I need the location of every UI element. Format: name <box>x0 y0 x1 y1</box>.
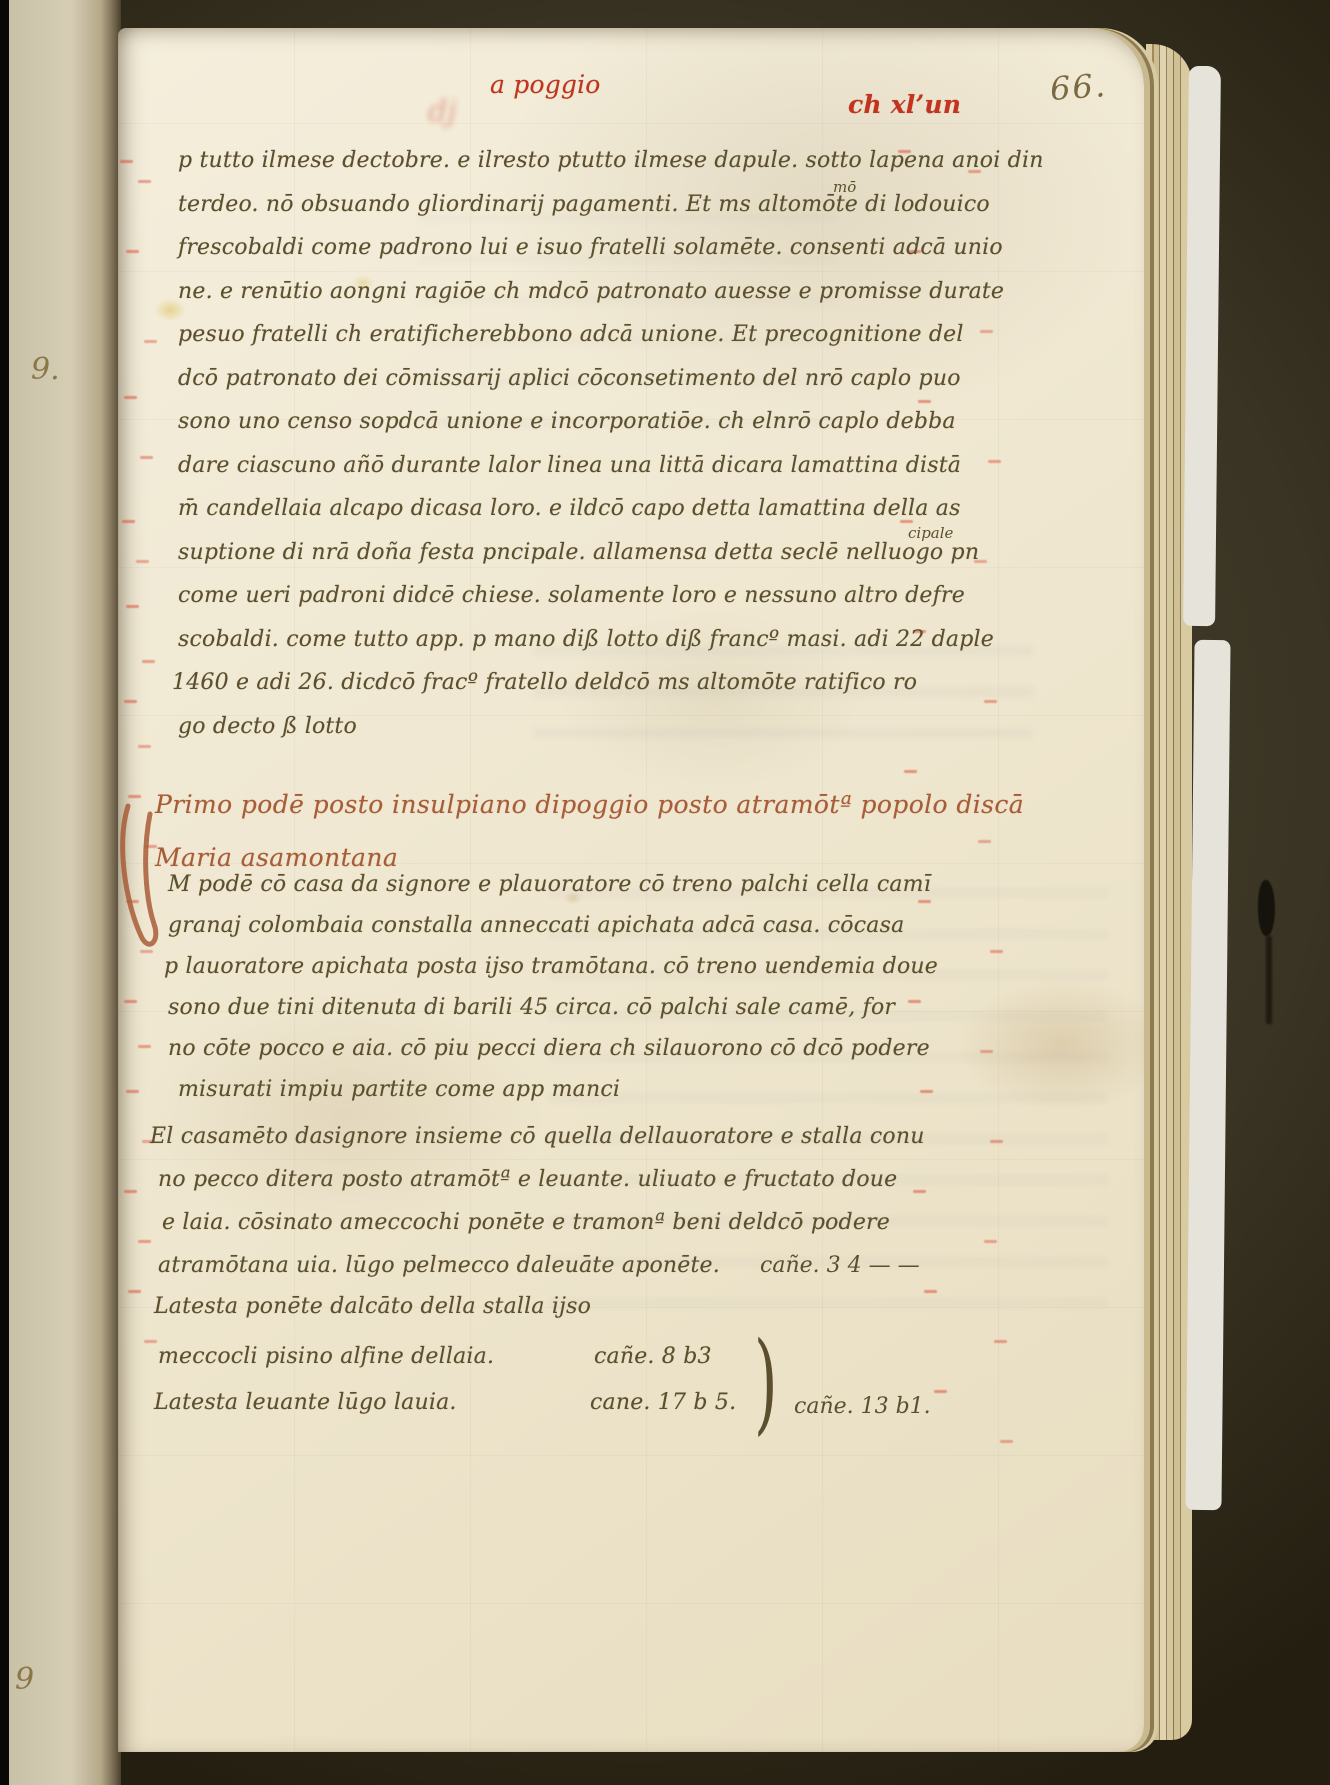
text-line: scobaldi. come tutto app. p mano diß lot… <box>178 627 994 652</box>
ink-blot <box>1258 880 1275 936</box>
folio-number: 66. <box>1049 66 1108 108</box>
margin-mark-lower: 9 <box>15 1662 34 1697</box>
rubric-heading-line: Primo podē posto insulpiano dipoggio pos… <box>155 790 1024 819</box>
text-line: m̄ candellaia alcapo dicasa loro. e ildc… <box>178 496 961 521</box>
text-line: no pecco ditera posto atramōtª e leuante… <box>158 1167 897 1192</box>
text-line: 1460 e adi 26. dicdcō fracº fratello del… <box>172 670 917 695</box>
text-line: misurati impiu partite come app manci <box>178 1077 620 1102</box>
binding-edge <box>0 0 9 1785</box>
manuscript-photo: 9. 9 66. dj a poggio ch xl’un p tutto il… <box>0 0 1330 1785</box>
text-line: ne. e renūtio aongni ragiōe ch mdcō patr… <box>178 279 1004 304</box>
text-line: p lauoratore apichata posta ijso tramōta… <box>164 954 938 979</box>
measurement-label: meccocli pisino alfine dellaia. <box>158 1344 594 1369</box>
measurement-label: Latesta leuante lūgo lauia. <box>154 1390 590 1415</box>
measurement-cane-34: cañe. 3 4 — — <box>760 1253 920 1278</box>
text-line: suptione di nrā doña festa pncipale. all… <box>178 540 979 565</box>
text-line: come ueri padroni didcē chiese. solament… <box>178 583 965 608</box>
ink-blot-tail <box>1266 936 1272 1024</box>
text-line: sono due tini ditenuta di barili 45 circ… <box>168 995 895 1020</box>
text-line: Latesta leuante lūgo lauia.cane. 17 b 5. <box>154 1390 736 1415</box>
superscript-cipale: cipale <box>908 524 953 542</box>
text-line: meccocli pisino alfine dellaia.cañe. 8 b… <box>158 1344 712 1369</box>
text-line: no cōte pocco e aia. cō piu pecci diera … <box>168 1036 930 1061</box>
rubric-folio-right: ch xl’un <box>848 90 961 119</box>
text-line: dare ciascuno añō durante lalor linea un… <box>178 453 961 478</box>
grouping-bracket: ) <box>754 1318 778 1446</box>
measurement-cane-17b5: cane. 17 b 5. <box>590 1390 736 1415</box>
text-line: sono uno censo sopdcā unione e incorpora… <box>178 409 956 434</box>
red-ruling-dashes <box>118 28 131 31</box>
text-line: granaj colombaia constalla anneccati api… <box>168 913 904 938</box>
text-line: pesuo fratelli ch eratificherebbono adcā… <box>178 322 964 347</box>
text-line: frescobaldi come padrono lui e isuo frat… <box>178 235 1003 260</box>
measurement-total: cañe. 13 b1. <box>794 1394 931 1419</box>
initial-v-flourish <box>118 800 164 960</box>
rubric-heading-line: Maria asamontana <box>155 843 398 872</box>
rubric-smudge: dj <box>428 94 658 129</box>
text-line: terdeo. nō obsuando gliordinarij pagamen… <box>178 192 990 217</box>
measurement-cane-8b3: cañe. 8 b3 <box>594 1344 712 1369</box>
facing-page-sliver: 9. 9 <box>9 0 121 1785</box>
superscript-mo: mō <box>833 178 856 196</box>
text-line: dcō patronato dei cōmissarij aplici cōco… <box>178 366 961 391</box>
text-line: go decto ß lotto <box>178 714 357 739</box>
manuscript-page: 66. dj a poggio ch xl’un p tutto ilmese … <box>118 28 1144 1752</box>
loose-sheet-upper <box>1183 66 1221 626</box>
text-line: M podē cō casa da signore e plauoratore … <box>168 872 931 897</box>
text-line: e laia. cōsinato ameccochi ponēte e tram… <box>162 1210 890 1235</box>
text-line: p tutto ilmese dectobre. e ilresto ptutt… <box>178 148 1044 173</box>
text-line: Latesta ponēte dalcāto della stalla ijso <box>154 1294 591 1319</box>
margin-mark-upper: 9. <box>31 352 60 387</box>
bleedthrough-lower <box>548 888 1108 1308</box>
text-line: El casamēto dasignore insieme cō quella … <box>150 1124 925 1149</box>
text-line: atramōtana uia. lūgo pelmecco daleuāte a… <box>158 1253 720 1278</box>
rubric-a-poggio: a poggio <box>490 70 601 99</box>
loose-sheet-lower <box>1185 640 1230 1510</box>
